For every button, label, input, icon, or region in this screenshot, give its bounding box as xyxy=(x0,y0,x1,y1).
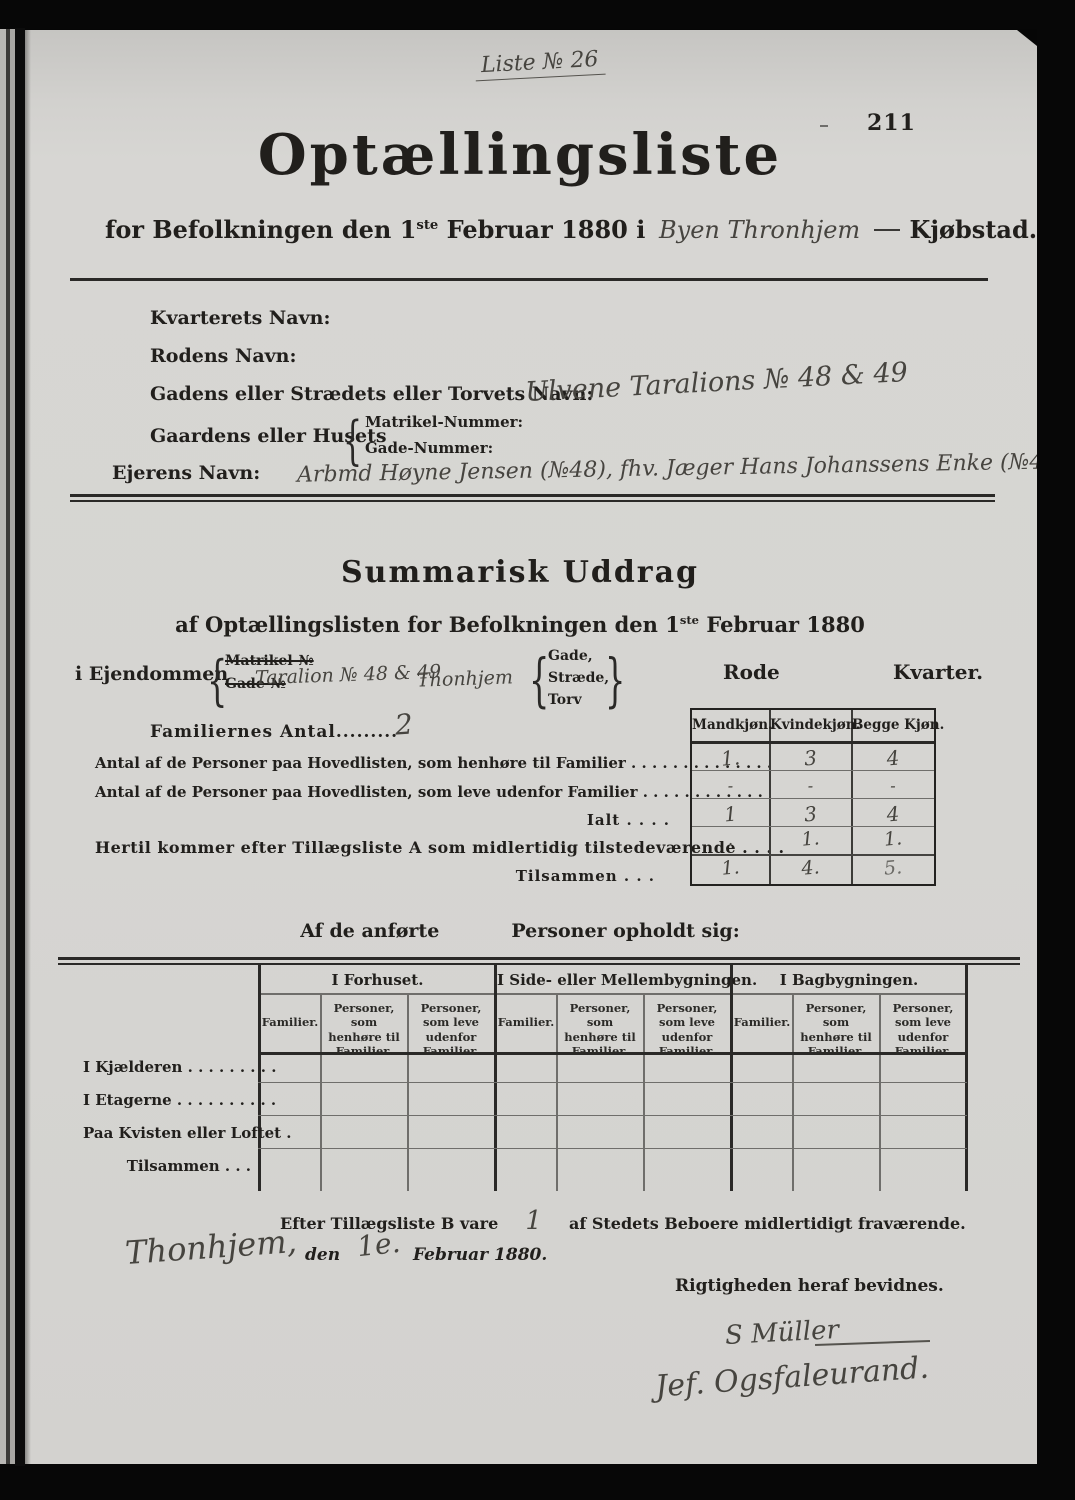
familiernes-antal-label: Familiernes Antal......... xyxy=(150,722,398,742)
subtitle-handwritten-city: Byen Thronhjem xyxy=(659,216,860,244)
matrikel-nummer-label: Matrikel-Nummer: xyxy=(365,413,523,431)
occ-group-header-side: I Side- eller Mellembygningen. xyxy=(497,971,730,989)
cell-r3c2: 1. xyxy=(851,824,935,853)
occ-sub-familier-2: Familier. xyxy=(497,1015,555,1029)
place-handwritten: Thonhjem, xyxy=(124,1222,298,1272)
occ-group-header-forhuset: I Forhuset. xyxy=(261,971,494,989)
occupancy-caption-pre: Af de anførte xyxy=(300,920,439,942)
occ-row-line-3 xyxy=(258,1148,967,1149)
summary-row-line-2 xyxy=(692,798,934,799)
occ-row-etagerne: I Etagerne . . . . . . . . . . xyxy=(83,1091,276,1109)
cell-r4c0: 1. xyxy=(691,854,770,883)
cell-r4c2: 5. xyxy=(851,853,935,882)
tillaeg-b-post: af Stedets Beboere midlertidigt fraværen… xyxy=(569,1214,966,1233)
date-month-year: Februar 1880. xyxy=(413,1245,547,1265)
row-udenfor-label: Antal af de Personer paa Hovedlisten, so… xyxy=(95,783,763,801)
cell-r0c1: 3 xyxy=(769,743,852,774)
row-henhore-label: Antal af de Personer paa Hovedlisten, so… xyxy=(95,754,772,772)
occ-sub-vline-5 xyxy=(792,993,794,1191)
straede-option: Stræde, xyxy=(548,670,609,686)
occ-sub-henhore-1: Personer, som henhøre til Familier. xyxy=(323,1001,405,1059)
kvarterets-navn-label: Kvarterets Navn: xyxy=(150,307,330,329)
occ-group2-underline xyxy=(497,993,730,995)
subtitle-suffix: Kjøbstad. xyxy=(909,215,1037,244)
summary-col-line-2 xyxy=(851,710,853,884)
occ-group-header-bag: I Bagbygningen. xyxy=(733,971,965,989)
cell-r1c2: - xyxy=(852,776,934,795)
subtitle-printed-pre: for Befolkningen den 1ste Februar 1880 i xyxy=(105,215,645,244)
cell-r1c1: - xyxy=(770,776,851,795)
double-rule-top xyxy=(70,494,995,497)
row-tilsammen-label: Tilsammen . . . xyxy=(425,867,655,885)
occ-group3-underline xyxy=(733,993,965,995)
ejerens-navn-label: Ejerens Navn: xyxy=(112,462,260,484)
row-tillaeg-label: Hertil kommer efter Tillægsliste A som m… xyxy=(95,838,785,857)
cell-r0c2: 4 xyxy=(851,742,935,773)
occ-row-tilsammen: Tilsammen . . . xyxy=(83,1157,251,1175)
page-title: Optællingsliste xyxy=(25,122,1015,188)
gade-nummer-label: Gade-Nummer: xyxy=(365,439,493,457)
row-ialt-label: Ialt . . . . xyxy=(425,811,670,829)
signature-1: S Müller xyxy=(724,1315,839,1351)
occ-sub-vline-1 xyxy=(320,993,322,1191)
gade-straede-brace-left: { xyxy=(529,646,549,714)
attest-label: Rigtigheden heraf bevidnes. xyxy=(675,1276,944,1296)
frame-top-band xyxy=(0,0,1075,29)
summary-col-line-1 xyxy=(769,710,771,884)
rode-label: Rode xyxy=(723,660,780,684)
summary-col-header-mand: Mandkjøn. xyxy=(692,717,769,733)
occ-sub-udenfor-3: Personer, som leve udenfor Familier. xyxy=(882,1001,964,1059)
occ-sub-familier-1: Familier. xyxy=(261,1015,319,1029)
occ-sub-vline-2 xyxy=(407,993,409,1191)
frame-left-black xyxy=(15,28,25,1466)
occ-sub-henhore-2: Personer, som henhøre til Familier. xyxy=(559,1001,641,1059)
census-form-page: Liste № 26 211 Optællingsliste for Befol… xyxy=(25,30,1037,1466)
occ-sub-vline-3 xyxy=(556,993,558,1191)
den-label: den xyxy=(305,1245,340,1265)
torv-option: Torv xyxy=(548,692,582,708)
occ-group1-underline xyxy=(261,993,494,995)
double-rule-bottom xyxy=(70,500,995,502)
summary-title: Summarisk Uddrag xyxy=(25,555,1015,590)
cell-r3c1: 1. xyxy=(769,825,852,854)
occ-row-line-2 xyxy=(258,1115,967,1116)
scanned-census-page: { "colors": {"paper":"#d6d5d2","ink":"#2… xyxy=(0,0,1075,1500)
cell-r0c0: 1. xyxy=(691,743,770,774)
occupancy-double-rule-bottom xyxy=(58,963,1020,965)
date-day-handwritten: 1e. xyxy=(355,1226,402,1263)
gadens-navn-value: Ulvene Taralions № 48 & 49 xyxy=(524,357,908,408)
occ-vline-right xyxy=(965,963,968,1191)
kvarter-label: Kvarter. xyxy=(893,660,983,684)
occ-vline-mid2 xyxy=(730,963,733,1191)
header-rule xyxy=(70,278,988,281)
rodens-navn-label: Rodens Navn: xyxy=(150,345,297,367)
frame-bottom-band xyxy=(0,1464,1075,1500)
frame-right-band xyxy=(1037,0,1075,1500)
subtitle-line: for Befolkningen den 1ste Februar 1880 i… xyxy=(105,215,1037,244)
ejendommen-label: i Ejendommen xyxy=(75,663,228,685)
occ-sub-udenfor-2: Personer, som leve udenfor Familier. xyxy=(646,1001,728,1059)
occ-sub-udenfor-1: Personer, som leve udenfor Familier. xyxy=(410,1001,492,1059)
cell-r3c0: . xyxy=(692,830,769,849)
occupancy-caption: Af de anførte Personer opholdt sig: xyxy=(25,920,1015,942)
fill-in-dash xyxy=(874,229,900,231)
cell-r1c0: - xyxy=(692,776,769,795)
tillaeg-b-value: 1 xyxy=(525,1206,542,1236)
cell-r4c1: 4. xyxy=(769,854,852,883)
summary-header-underline xyxy=(692,741,934,744)
summary-col-header-kvinde: Kvindekjøn. xyxy=(770,717,851,733)
occ-vline-left xyxy=(258,963,261,1191)
handwritten-archive-note: Liste № 26 xyxy=(474,47,605,82)
signature-2: Jef. Ogsfaleurand. xyxy=(654,1350,930,1404)
summary-count-table: Mandkjøn. Kvindekjøn. Begge Kjøn. 1. 3 4… xyxy=(690,708,936,886)
familiernes-antal-value: 2 xyxy=(394,707,414,741)
occ-row-kvisten: Paa Kvisten eller Loftet . xyxy=(83,1124,292,1142)
cell-r2c0: 1 xyxy=(691,799,770,830)
occ-sub-vline-6 xyxy=(879,993,881,1191)
summary-subtitle: af Optællingslisten for Befolkningen den… xyxy=(25,612,1015,637)
occ-sub-henhore-3: Personer, som henhøre til Familier. xyxy=(795,1001,877,1059)
occ-sub-familier-3: Familier. xyxy=(733,1015,791,1029)
occ-sub-vline-4 xyxy=(643,993,645,1191)
summary-subtitle-text: af Optællingslisten for Befolkningen den… xyxy=(175,612,865,637)
occupancy-caption-post: Personer opholdt sig: xyxy=(511,920,739,942)
summary-col-header-begge: Begge Kjøn. xyxy=(852,717,934,733)
gade-straede-brace-right: } xyxy=(605,646,625,714)
occ-vline-mid1 xyxy=(494,963,497,1191)
occ-row-kjaelderen: I Kjælderen . . . . . . . . . xyxy=(83,1058,276,1076)
gade-option: Gade, xyxy=(548,648,593,664)
occupancy-double-rule-top xyxy=(58,957,1020,960)
ejendommen-hand-city: Thonhjem xyxy=(417,666,514,691)
occ-row-line-1 xyxy=(258,1082,967,1083)
